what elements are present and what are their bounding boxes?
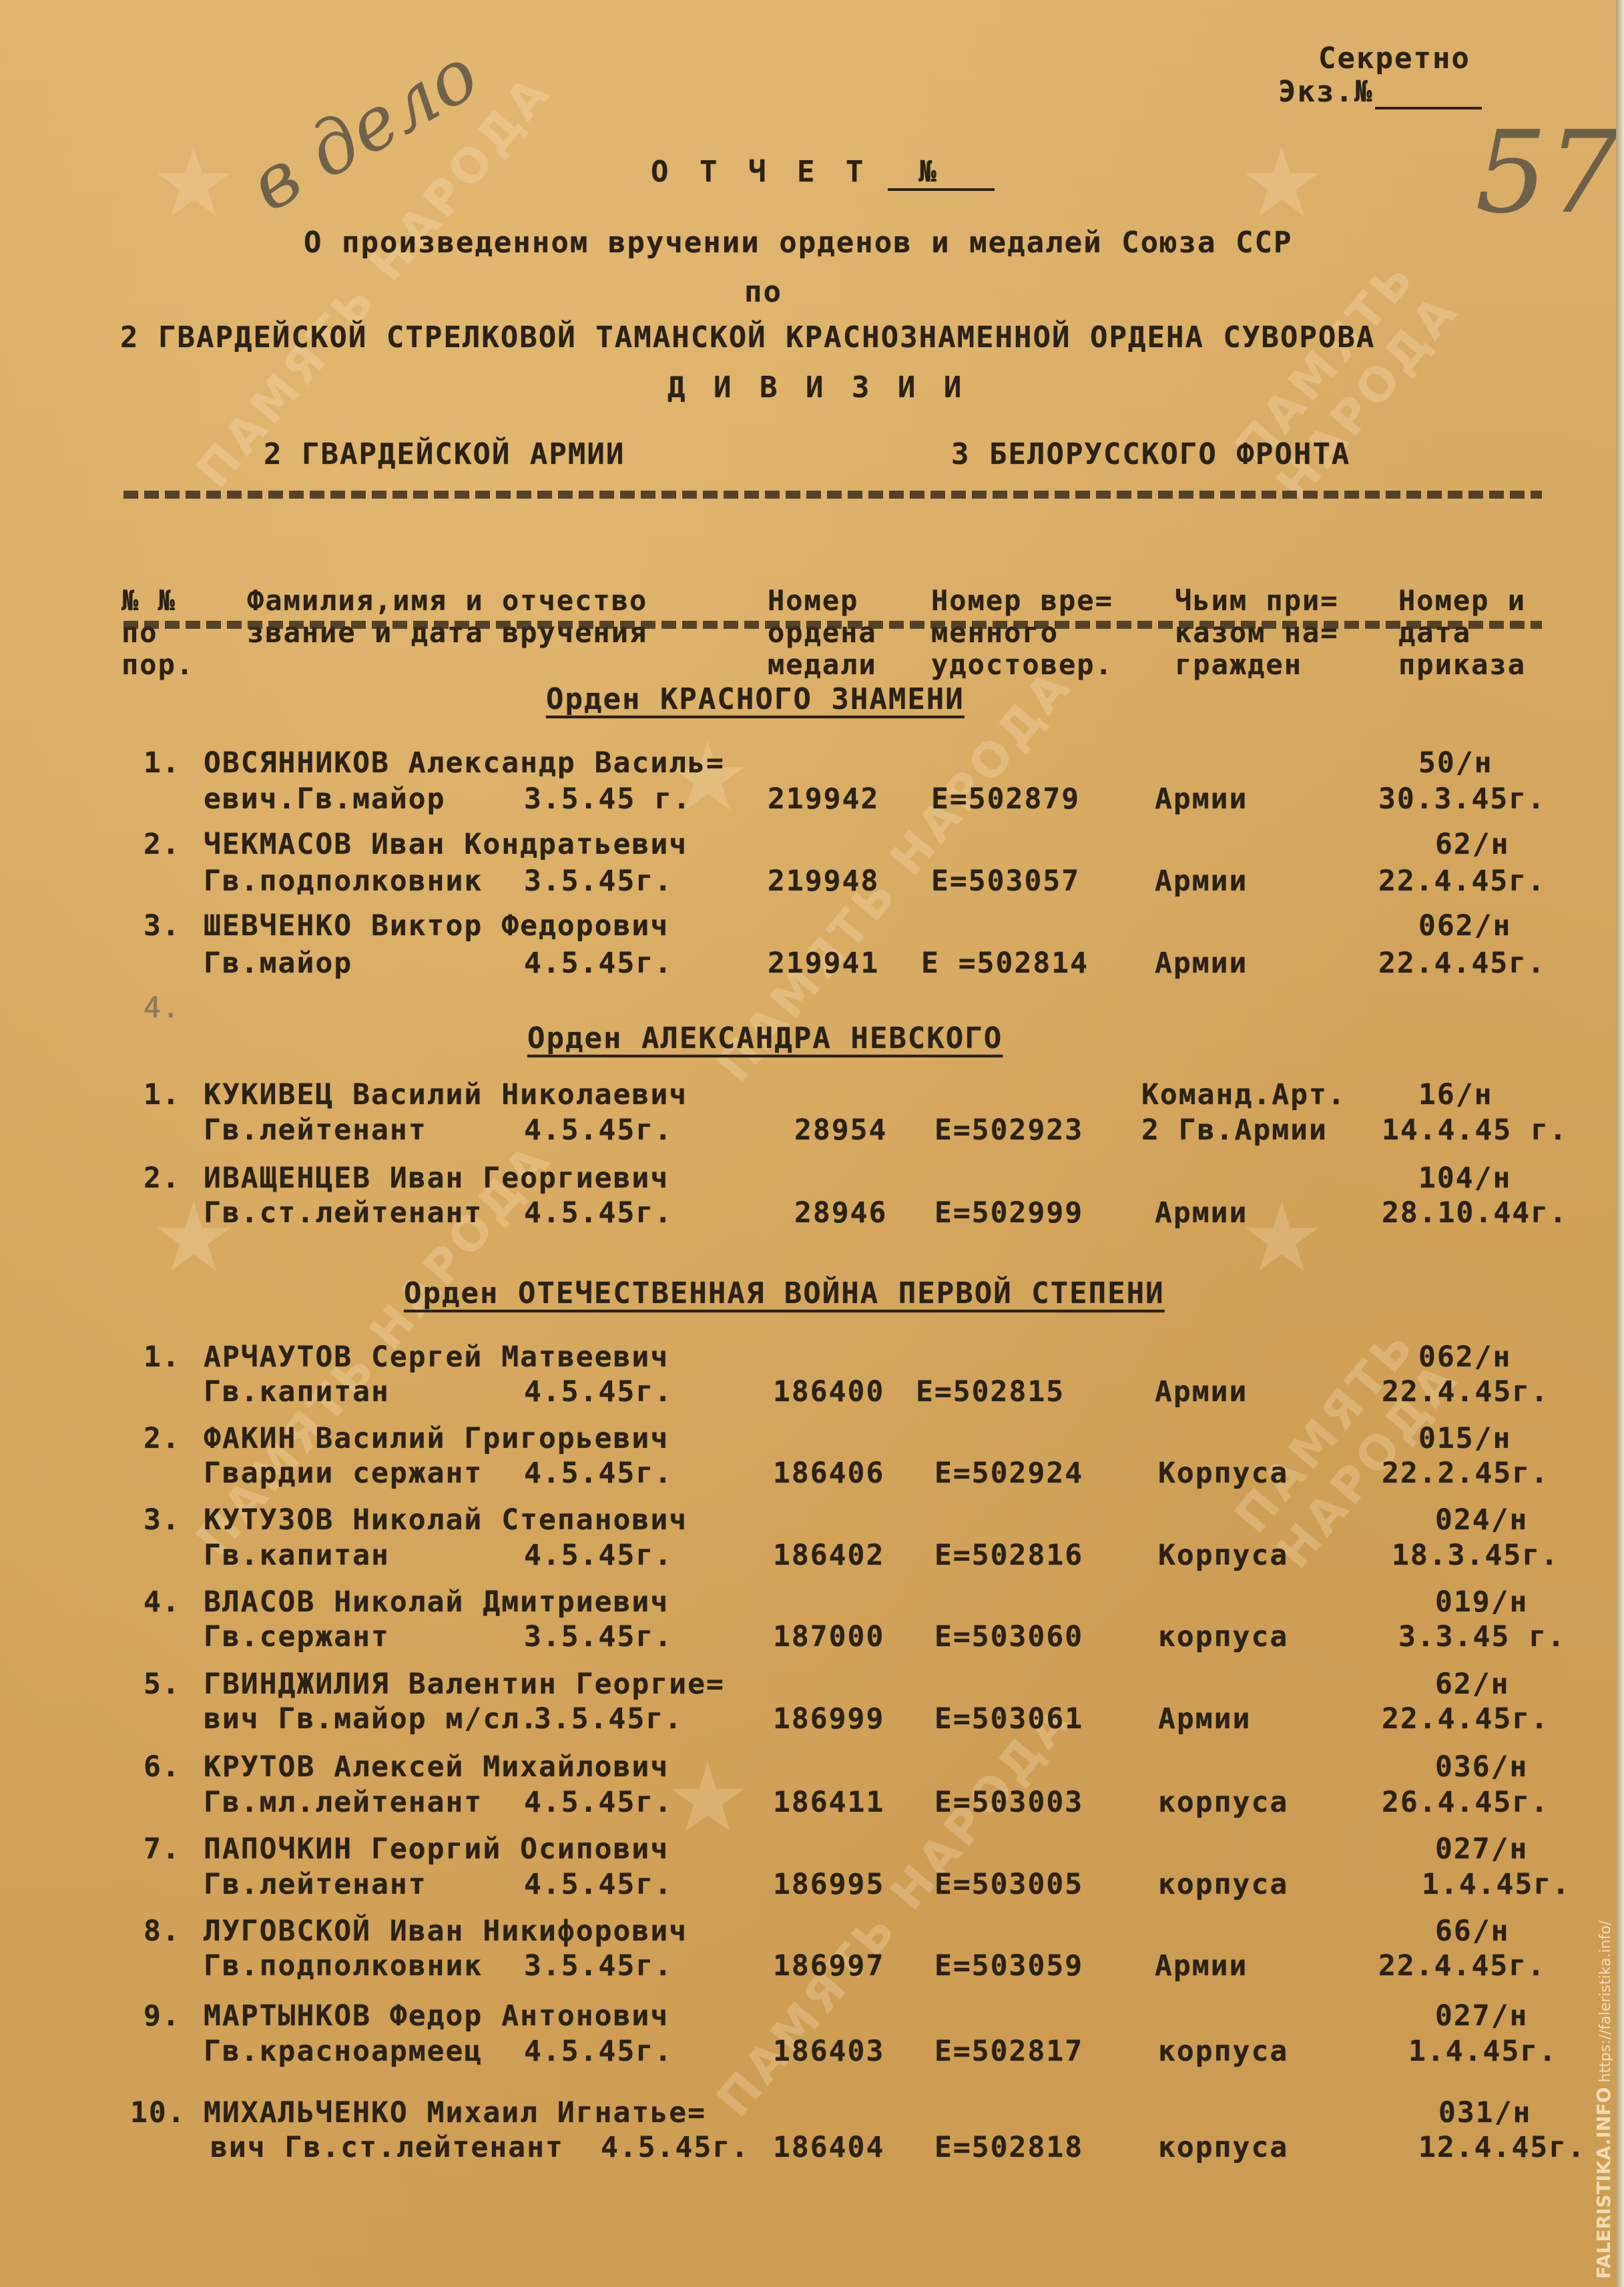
row-number: 4. [144,1585,181,1619]
order-number: 186404 [773,2131,884,2164]
order-ref: 027/н [1435,1832,1528,1866]
order-ref: 16/н [1418,1078,1493,1111]
recipient-rank: вич Гв.майор м/сл. [204,1702,539,1736]
order-date: 30.3.45г. [1378,782,1546,816]
certificate-number: Е=502879 [931,782,1080,816]
awarded-by-line2: 2 Гв.Армии [1141,1113,1328,1147]
copy-number-blank [1375,107,1482,109]
column-header-awarded-by: Чьим при=казом на=гражден [1175,521,1339,745]
certificate-number: Е=502815 [916,1375,1065,1409]
column-header-number: № №попор. [121,521,194,745]
recipient-rank: Гв.лейтенант [204,1113,427,1147]
source-url: https://faleristika.info/ [1597,1921,1614,2083]
front-name: 3 БЕЛОРУССКОГО ФРОНТА [951,437,1350,471]
order-ref: 104/н [1418,1162,1511,1195]
row-number: 6. [144,1750,181,1784]
recipient-name: МИХАЛЬЧЕНКО Михаил Игнатье= [204,2096,706,2129]
unit-name-line2: Д И В И З И И [667,370,967,405]
order-date: 18.3.45г. [1392,1539,1559,1572]
recipient-name: ВЛАСОВ Николай Дмитриевич [204,1585,669,1619]
certificate-number: Е=503061 [934,1702,1083,1736]
order-number: 186403 [773,2035,884,2068]
order-date: 22.4.45г. [1382,1702,1549,1736]
certificate-number: Е=502999 [934,1196,1083,1230]
recipient-name: ОВСЯННИКОВ Александр Василь= [204,746,725,780]
order-ref: 66/н [1435,1915,1510,1948]
certificate-number: Е=503003 [934,1786,1083,1819]
recipient-rank: Гв.красноармеец [204,2035,483,2068]
order-date: 22.4.45г. [1382,1375,1549,1409]
order-date: 22.4.45г. [1378,864,1546,898]
order-number: 219941 [768,947,879,980]
awarded-by: корпуса [1158,2131,1288,2164]
report-by: по [744,275,782,309]
column-header-order-ref: Номер идатаприказа [1398,521,1526,745]
order-number: 186406 [773,1457,884,1490]
recipient-name: ГВИНДЖИЛИЯ Валентин Георгие= [204,1668,725,1701]
award-date: 3.5.45г. [534,1702,683,1736]
order-number: 28954 [794,1113,887,1147]
recipient-name: ПАПОЧКИН Георгий Осипович [204,1832,669,1866]
order-ref: 024/н [1435,1503,1528,1537]
certificate-number: Е=503059 [934,1949,1083,1983]
award-date: 4.5.45г. [524,947,673,980]
order-number: 186400 [773,1375,884,1409]
order-number: 219948 [768,864,879,898]
row-number: 2. [144,1422,181,1455]
army-name: 2 ГВАРДЕЙСКОЙ АРМИИ [264,437,625,471]
awarded-by: Армии [1155,1196,1248,1230]
row-number: 2. [144,828,181,861]
report-title: О Т Ч Е Т № [651,155,943,189]
divider [123,491,1542,499]
order-number: 28946 [794,1196,887,1230]
report-subtitle: О произведенном вручении орденов и медал… [304,226,1293,260]
recipient-rank: Гв.мл.лейтенант [204,1786,483,1819]
order-number: 186402 [773,1539,884,1572]
awarded-by: Армии [1155,864,1248,898]
certificate-number: Е =502814 [921,947,1089,980]
recipient-rank: Гв.майор [204,947,352,980]
awarded-by: корпуса [1158,1786,1288,1819]
recipient-name: КРУТОВ Алексей Михайлович [204,1750,669,1784]
order-number: 219942 [768,782,879,816]
award-date: 4.5.45г. [524,1539,673,1572]
order-ref: 062/н [1418,1340,1511,1374]
recipient-rank: Гв.подполковник [204,864,483,898]
recipient-name: ЧЕКМАСОВ Иван Кондратьевич [204,828,688,861]
awarded-by: Армии [1155,782,1248,816]
row-number: 1. [144,1078,181,1111]
certificate-number: Е=503005 [934,1868,1083,1901]
certificate-number: Е=502923 [934,1113,1083,1147]
star-watermark-icon: ★ [1242,1148,1322,1304]
recipient-name: ФАКИН Василий Григорьевич [204,1422,669,1455]
recipient-name: КУТУЗОВ Николай Степанович [204,1503,688,1537]
order-ref: 062/н [1418,909,1511,943]
recipient-name: ЛУГОВСКОЙ Иван Никифорович [204,1915,688,1948]
awarded-by: Корпуса [1158,1539,1288,1572]
order-number: 186411 [773,1786,884,1819]
award-date: 3.5.45г. [524,1620,673,1654]
recipient-rank: Гвардии сержант [204,1457,483,1490]
handwritten-page-number: 57 [1475,107,1619,239]
award-date: 4.5.45г. [524,1868,673,1901]
certificate-number: Е=503057 [931,864,1080,898]
awarded-by: Армии [1155,1949,1248,1983]
certificate-number: Е=503060 [934,1620,1083,1654]
certificate-number: Е=502817 [934,2035,1083,2068]
recipient-rank: вич Гв.ст.лейтенант [210,2131,564,2164]
order-ref: 031/н [1438,2096,1531,2129]
awarded-by: корпуса [1158,1868,1288,1901]
section-title: Орден АЛЕКСАНДРА НЕВСКОГО [527,1021,1003,1055]
recipient-rank: Гв.капитан [204,1375,390,1409]
award-date: 4.5.45г. [601,2131,750,2164]
divider [123,621,1542,629]
section-title: Орден КРАСНОГО ЗНАМЕНИ [546,682,965,716]
order-ref: 019/н [1435,1585,1528,1619]
row-number: 10. [130,2096,186,2129]
awarded-by: Команд.Арт. [1141,1078,1346,1111]
source-watermark: FALERISTIKA.INFO https://faleristika.inf… [1593,1921,1615,2279]
copy-number-label: Экз.№ [1278,75,1373,109]
order-number: 186997 [773,1949,884,1983]
order-date: 22.4.45г. [1378,1949,1546,1983]
certificate-number: Е=502924 [934,1457,1083,1490]
awarded-by: Армии [1155,947,1248,980]
row-number: 2. [144,1162,181,1195]
row-number: 9. [144,1999,181,2033]
unit-name-line1: 2 ГВАРДЕЙСКОЙ СТРЕЛКОВОЙ ТАМАНСКОЙ КРАСН… [120,320,1375,354]
order-number: 186999 [773,1702,884,1736]
order-ref: 62/н [1435,828,1510,861]
award-date: 3.5.45г. [524,864,673,898]
row-number: 1. [144,1340,181,1374]
order-ref: 036/н [1435,1750,1528,1784]
award-date: 3.5.45г. [524,1949,673,1983]
order-number: 187000 [773,1620,884,1654]
star-watermark-icon: ★ [154,93,234,249]
award-date: 4.5.45г. [524,1457,673,1490]
recipient-name: ШЕВЧЕНКО Виктор Федорович [204,909,669,943]
award-date: 4.5.45г. [524,1375,673,1409]
row-number: 3. [144,1503,181,1537]
order-date: 22.2.45г. [1382,1457,1549,1490]
certificate-number: Е=502816 [934,1539,1083,1572]
order-date: 1.4.45г. [1408,2035,1557,2068]
row-number: 5. [144,1668,181,1701]
recipient-rank: Гв.ст.лейтенант [204,1196,483,1230]
award-date: 4.5.45г. [524,2035,673,2068]
stray-row-number: 4. [144,991,181,1025]
recipient-rank: Гв.подполковник [204,1949,483,1983]
award-date: 4.5.45г. [524,1786,673,1819]
row-number: 1. [144,746,181,780]
recipient-name: КУКИВЕЦ Василий Николаевич [204,1078,688,1111]
scan-edge [1616,0,1624,2287]
order-date: 1.4.45г. [1422,1868,1571,1901]
awarded-by: Корпуса [1158,1457,1288,1490]
recipient-name: МАРТЫНКОВ Федор Антонович [204,1999,669,2033]
order-ref: 015/н [1418,1422,1511,1455]
classification-label: Секретно [1318,41,1470,75]
order-date: 22.4.45г. [1378,947,1546,980]
source-brand: FALERISTIKA.INFO [1593,2087,1615,2279]
order-date: 12.4.45г. [1418,2131,1586,2164]
order-date: 3.3.45 г. [1398,1620,1566,1654]
order-ref: 62/н [1435,1668,1510,1701]
report-number-blank [888,188,995,191]
row-number: 8. [144,1915,181,1948]
section-title: Орден ОТЕЧЕСТВЕННАЯ ВОЙНА ПЕРВОЙ СТЕПЕНИ [404,1276,1165,1310]
awarded-by: Армии [1155,1375,1248,1409]
order-date: 14.4.45 г. [1382,1113,1568,1147]
order-ref: 027/н [1435,1999,1528,2033]
order-date: 28.10.44г. [1382,1196,1568,1230]
awarded-by: корпуса [1158,2035,1288,2068]
recipient-rank: Гв.сержант [204,1620,390,1654]
awarded-by: Армии [1158,1702,1251,1736]
certificate-number: Е=502818 [934,2131,1083,2164]
recipient-rank: Гв.лейтенант [204,1868,427,1901]
order-number: 186995 [773,1868,884,1901]
recipient-name: ИВАЩЕНЦЕВ Иван Георгиевич [204,1162,669,1195]
recipient-name: АРЧАУТОВ Сергей Матвеевич [204,1340,669,1374]
row-number: 3. [144,909,181,943]
row-number: 7. [144,1832,181,1866]
awarded-by: корпуса [1158,1620,1288,1654]
award-date: 4.5.45г. [524,1196,673,1230]
award-date: 4.5.45г. [524,1113,673,1147]
recipient-rank: евич.Гв.майор [204,782,446,816]
order-date: 26.4.45г. [1382,1786,1549,1819]
award-date: 3.5.45 г. [524,782,692,816]
recipient-rank: Гв.капитан [204,1539,390,1572]
order-ref: 50/н [1418,746,1493,780]
